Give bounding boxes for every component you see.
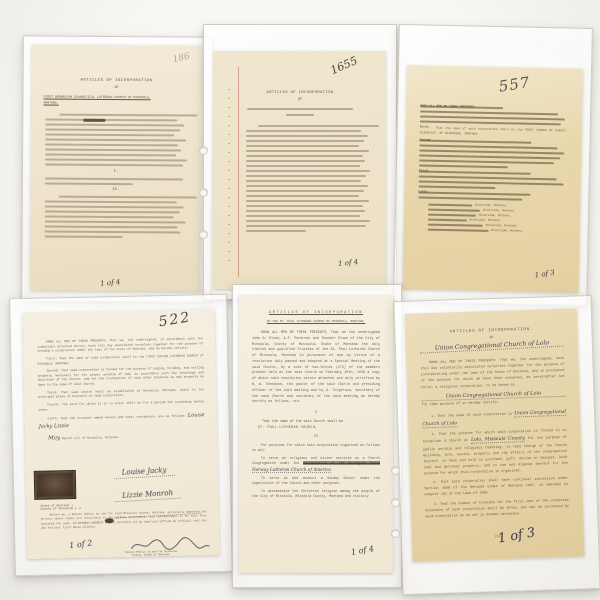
line-number-column bbox=[228, 89, 230, 269]
document-page-4: 522 KNOW ALL MEN BY THESE PRESENTS: That… bbox=[22, 309, 219, 559]
doc6-item-1-text: 1. That the name of said corporation is bbox=[431, 412, 512, 419]
doc5-opening: KNOW ALL MEN BY THESE PRESENTS, That we … bbox=[252, 331, 380, 406]
incorporator-location: Riverside, Montana. bbox=[475, 204, 507, 208]
typed-paragraph bbox=[45, 114, 187, 167]
doc2-title-line bbox=[247, 108, 354, 110]
signature-louise-jacky: Louise Jacky bbox=[114, 466, 175, 479]
doc4-fifth-text: Fifth: That the trustees named herein an… bbox=[48, 415, 186, 421]
doc1-page-mark: 1 of 4 bbox=[100, 278, 121, 288]
typed-paragraph bbox=[419, 140, 568, 170]
doc6-item-2-handwriting: Lolo, Missoula County bbox=[471, 436, 525, 444]
doc4-third: Third: That said Church shall be establi… bbox=[38, 388, 204, 401]
binder-hole bbox=[391, 466, 400, 475]
document-sleeve-4: 522 KNOW ALL MEN BY THESE PRESENTS: That… bbox=[9, 294, 233, 577]
doc3-fifth-label: Fifth. bbox=[418, 191, 429, 194]
doc3-first-label: First. bbox=[420, 125, 431, 128]
document-page-2: 1655 ARTICLES OF INCORPORATION OF 1 of 4 bbox=[214, 51, 386, 289]
incorporator-location: Riverside, Montana. bbox=[469, 219, 501, 223]
doc5-purpose-intro: For purposes for which said corporation … bbox=[252, 443, 380, 453]
doc3-name-line: That the name of said corporation shall … bbox=[420, 126, 568, 138]
signature-lizzie: Lizzie Monroh bbox=[114, 489, 181, 503]
revenue-stamp bbox=[34, 470, 77, 500]
notary-title-line2: County, State of Montana. bbox=[125, 553, 176, 557]
binder-hole bbox=[391, 498, 400, 507]
binder-hole bbox=[199, 188, 208, 197]
typed-paragraph bbox=[45, 178, 187, 186]
doc4-fifth: Fifth: That the trustees named herein an… bbox=[39, 413, 205, 432]
doc4-residence-text: Rector all of Missoula, Montana. bbox=[62, 436, 120, 440]
doc5-church-name: ST. PAUL LUTHERAN CHURCH, bbox=[258, 425, 380, 429]
doc4-page-mark: 1 of 2 bbox=[69, 538, 93, 550]
doc5-handwritten-insert: Norway Lutheran Church of America bbox=[252, 467, 331, 473]
notary-paragraph: Before me, a Notary Public in and for sa… bbox=[41, 510, 207, 531]
incorporator-location: Riverside, Montana. bbox=[479, 214, 511, 218]
doc2-of: OF bbox=[214, 98, 386, 102]
doc1-title-line1: FIRST NORWEGIAN EVANGELICAL LUTHERAN CHU… bbox=[43, 94, 189, 100]
doc3-page-mark: 1 of 3 bbox=[534, 269, 555, 280]
doc1-of: OF bbox=[32, 85, 202, 90]
doc4-second: Second: That said corporation is formed … bbox=[38, 366, 204, 388]
document-sleeve-5: ARTICLES OF INCORPORATION OF THE ST. PAU… bbox=[232, 284, 402, 588]
doc6-item-4: 4. That the number of trustees for the f… bbox=[425, 497, 570, 520]
doc6-item-3: 3. That said corporation shall have cont… bbox=[424, 476, 569, 499]
typed-paragraph bbox=[246, 125, 370, 232]
catalog-number-522: 522 bbox=[158, 309, 193, 330]
notary-block: State of Montana ) County of Missoula ) … bbox=[40, 501, 207, 534]
document-page-1: 186 ARTICLES OF INCORPORATION OF FIRST N… bbox=[30, 44, 202, 291]
doc2-page-mark: 1 of 4 bbox=[338, 258, 359, 268]
typed-paragraph bbox=[418, 192, 566, 202]
incorporator-location: Riverside, Montana. bbox=[483, 209, 515, 213]
doc3-incorporators-list: Riverside, Montana. Riverside, Montana. … bbox=[428, 203, 567, 234]
doc1-heading: ARTICLES OF INCORPORATION bbox=[32, 78, 202, 83]
doc5-name-clause: That the name of the said Church shall b… bbox=[252, 419, 380, 423]
document-sleeve-2: 1655 ARTICLES OF INCORPORATION OF 1 of 4 bbox=[203, 24, 397, 300]
doc4-residence: May Rector all of Missoula, Montana. bbox=[39, 431, 205, 443]
document-sleeve-3: 557 KNOW ALL MEN BY THESE PRESENTS: Firs… bbox=[393, 24, 593, 306]
catalog-number-557: 557 bbox=[498, 73, 532, 96]
doc5-page-mark: 1 of 4 bbox=[350, 544, 374, 557]
doc5-section-2: II bbox=[252, 435, 380, 439]
incorporator-location: Riverside, Montana. bbox=[486, 224, 518, 228]
doc6-opening: KNOW ALL MEN BY THESE PRESENTS: That we,… bbox=[420, 356, 565, 391]
typed-paragraph bbox=[45, 196, 187, 239]
photo-of-incorporation-documents: 186 ARTICLES OF INCORPORATION OF FIRST N… bbox=[0, 0, 600, 600]
document-sleeve-1: 186 ARTICLES OF INCORPORATION OF FIRST N… bbox=[21, 35, 213, 302]
document-page-6: ARTICLES OF INCORPORATION. OF Union Cong… bbox=[405, 308, 585, 561]
doc2-heading: ARTICLES OF INCORPORATION bbox=[214, 91, 386, 95]
doc1-section-1: I. bbox=[31, 170, 201, 175]
incorporator-location: Riverside, Montana. bbox=[491, 229, 523, 233]
notary-ss: ss bbox=[78, 507, 81, 510]
legal-margin-rule bbox=[238, 67, 239, 277]
notary-county-text: County of Missoula ) bbox=[41, 507, 77, 511]
doc4-may-handwriting: May bbox=[48, 435, 60, 441]
doc5-purpose-3: To disseminate the Christian religion am… bbox=[252, 489, 380, 499]
catalog-number-1655: 1655 bbox=[329, 54, 360, 77]
typed-paragraph bbox=[419, 171, 567, 191]
doc5-struck-text: denomination of the Norwegian Synod bbox=[303, 461, 380, 465]
document-page-5: ARTICLES OF INCORPORATION OF THE ST. PAU… bbox=[239, 295, 393, 573]
doc2-title-line bbox=[286, 114, 314, 116]
binder-hole bbox=[391, 529, 400, 538]
doc1-title-line2: MONTANA. bbox=[43, 101, 189, 106]
notary-title: Notary Public in and for Missoula County… bbox=[125, 550, 176, 557]
doc4-fourth: Fourth: The term for which it is to exis… bbox=[38, 400, 204, 413]
doc5-heading: ARTICLES OF INCORPORATION bbox=[252, 311, 380, 315]
doc6-item-2: 2. That the purpose for which said corpo… bbox=[423, 428, 568, 478]
doc5-section-1: I bbox=[252, 411, 380, 415]
doc4-first: First: That the name of said corporation… bbox=[37, 354, 203, 367]
doc3-second-label: Second. bbox=[419, 139, 432, 142]
doc4-opening: KNOW ALL MEN BY THESE PRESENTS: That we,… bbox=[37, 337, 203, 354]
binder-hole bbox=[199, 146, 208, 155]
document-sleeve-6: ARTICLES OF INCORPORATION. OF Union Cong… bbox=[393, 295, 600, 595]
typed-paragraph bbox=[420, 105, 568, 125]
incorporator-row: Riverside, Montana. bbox=[428, 228, 566, 234]
doc6-item-1: 1. That the name of said corporation is … bbox=[422, 408, 566, 429]
doc5-purpose-1: To serve as religious and divine service… bbox=[252, 456, 380, 473]
catalog-number-186: 186 bbox=[172, 52, 191, 66]
doc5-subheading: OF THE ST. PAUL LUTHERAN CHURCH OF MISSO… bbox=[252, 319, 380, 323]
doc1-section-2: IV. bbox=[31, 188, 201, 193]
binder-hole bbox=[199, 230, 208, 239]
doc5-purpose-2: To serve as and conduct a Sunday School … bbox=[252, 476, 380, 486]
doc3-third-label: Third. bbox=[419, 170, 430, 173]
document-page-3: 557 KNOW ALL MEN BY THESE PRESENTS: Firs… bbox=[402, 65, 583, 293]
